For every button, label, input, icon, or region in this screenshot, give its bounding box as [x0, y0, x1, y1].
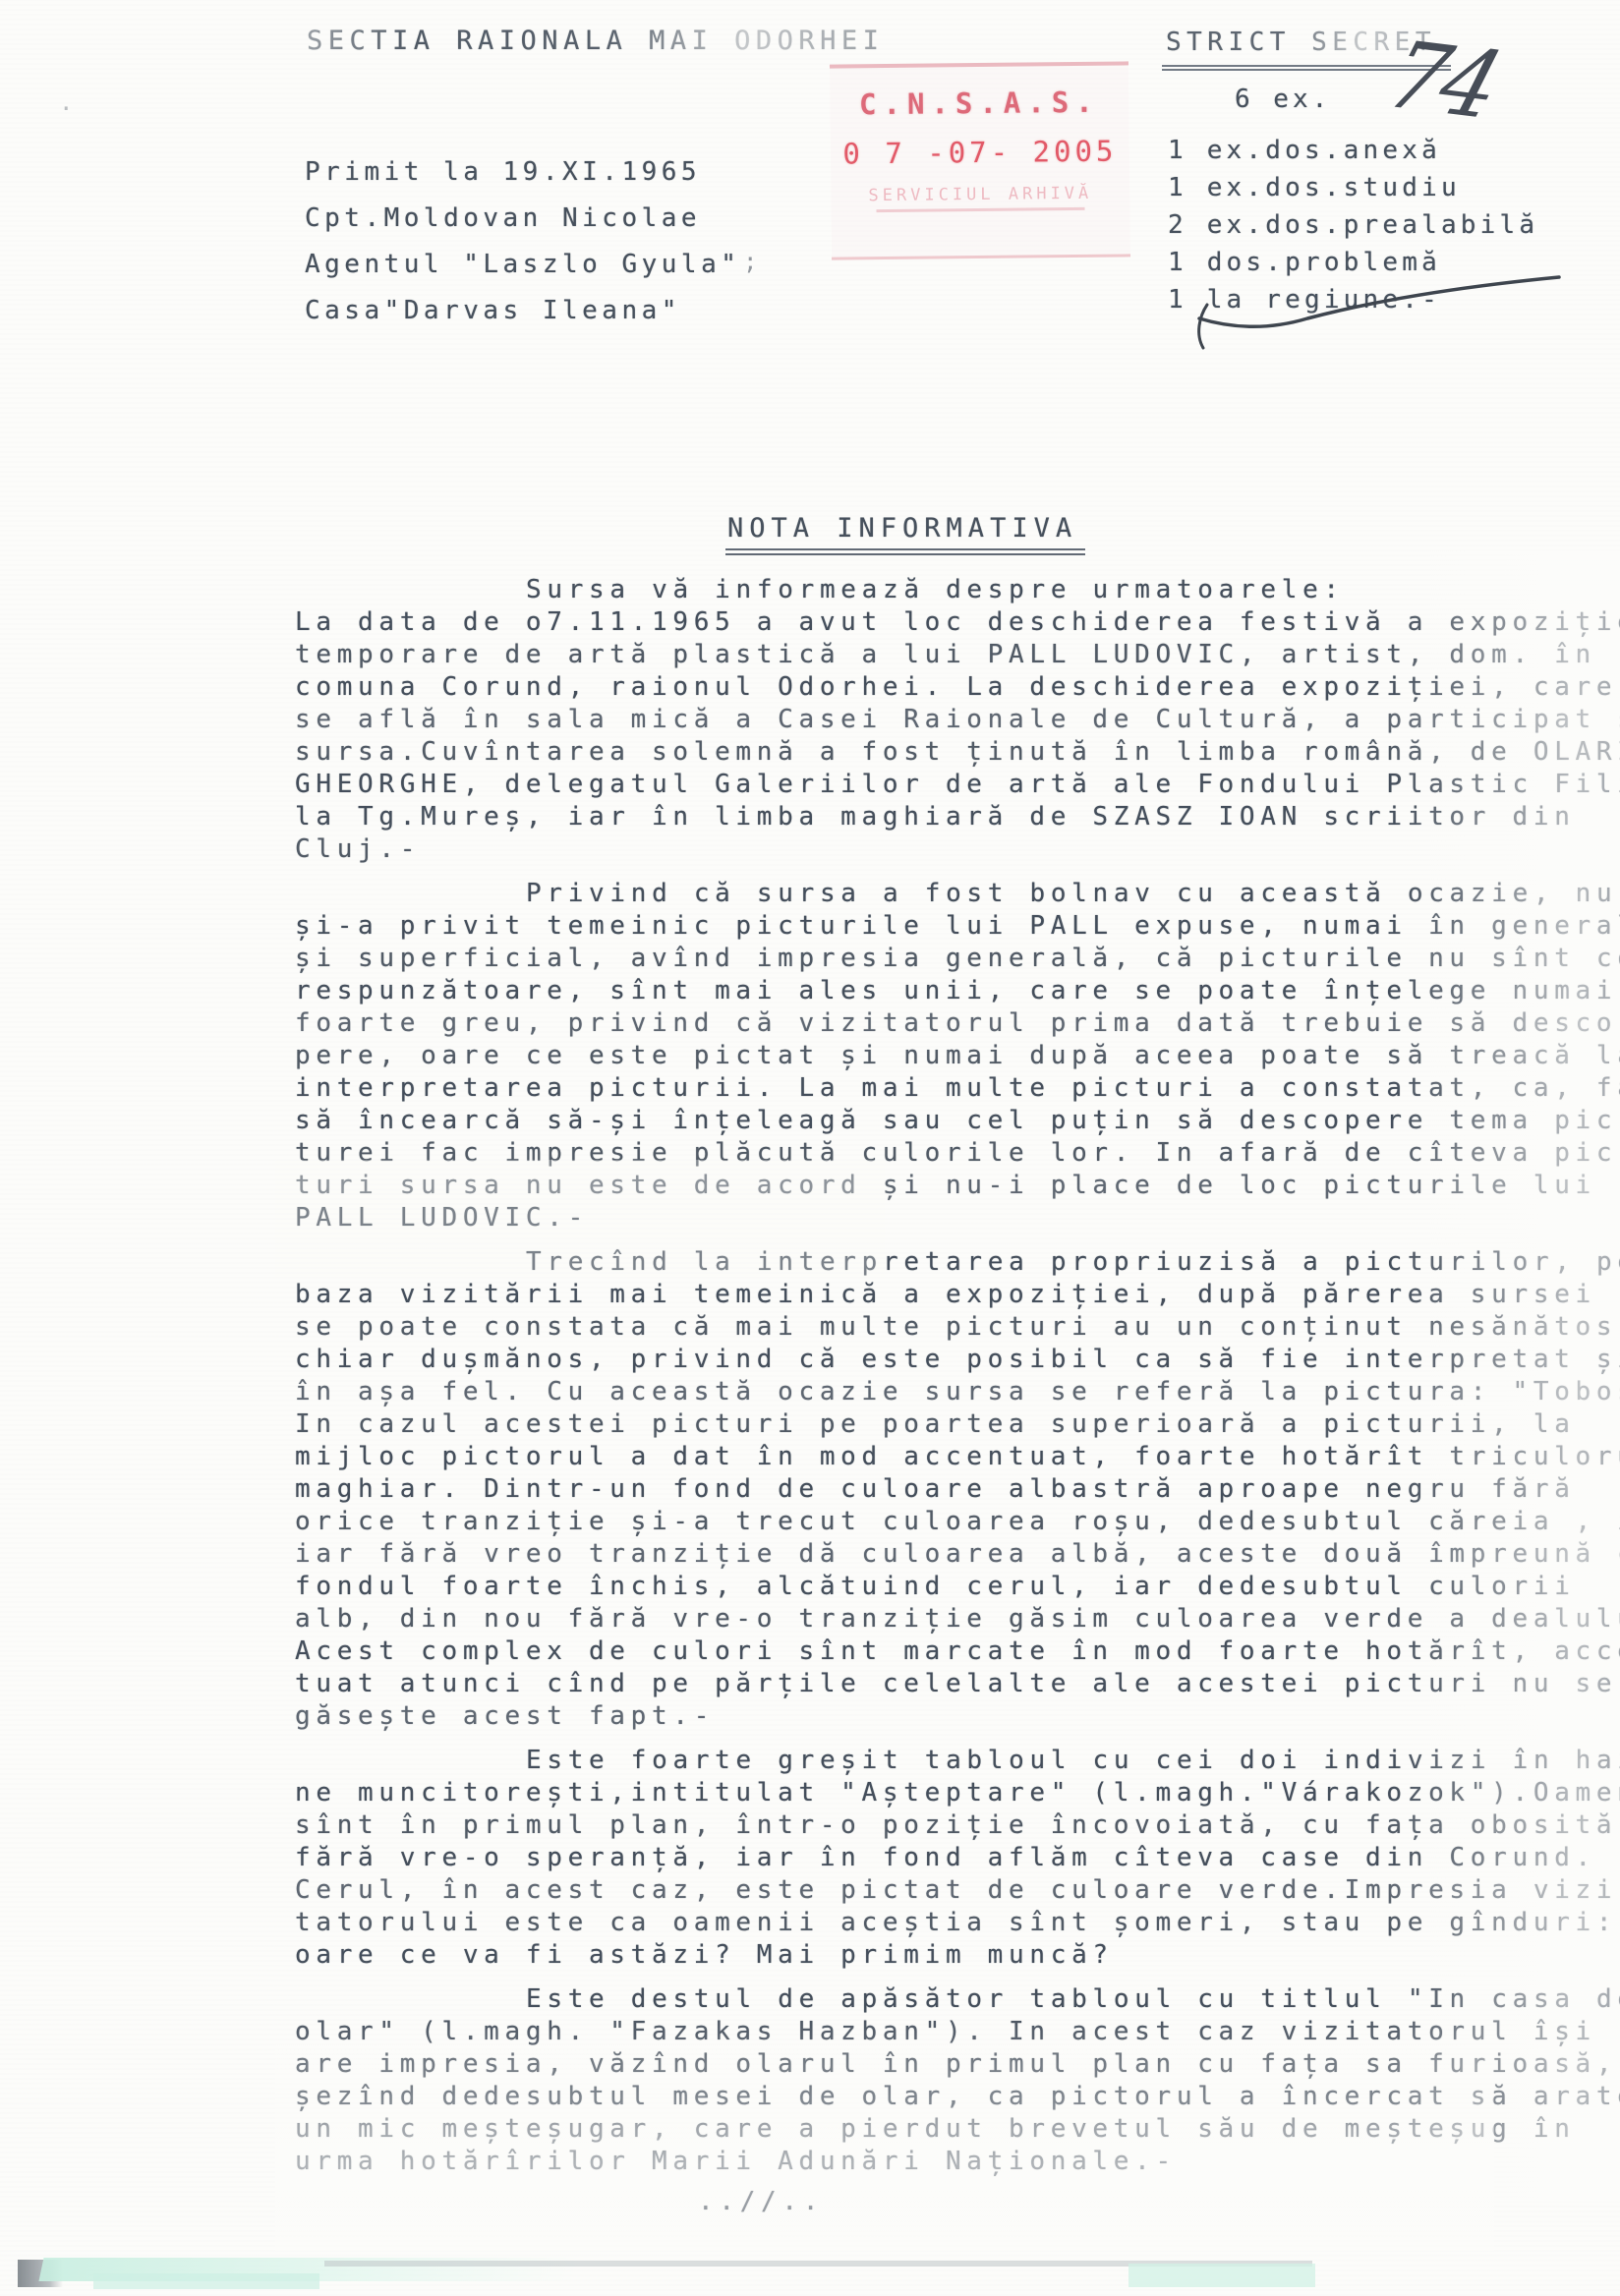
copies-count: 6 ex. [1235, 85, 1331, 114]
text-line: ne muncitorești,intitulat "Așteptare" (l… [295, 1777, 1620, 1809]
text-line: mijloc pictorul a dat în mod accentuat, … [295, 1441, 1620, 1473]
text-line: turei fac impresie plăcută culorile lor.… [295, 1137, 1620, 1170]
document-title: NOTA INFORMATIVA [725, 513, 1085, 555]
paragraph: Este destul de apăsător tabloul cu titlu… [295, 1983, 1620, 2178]
scan-artifact-teal-patch [1128, 2264, 1315, 2287]
text-line: Este destul de apăsător tabloul cu titlu… [295, 1983, 1620, 2016]
scan-artifact-teal-bar [93, 2273, 319, 2289]
text-line: interpretarea picturii. La mai multe pic… [295, 1072, 1620, 1105]
text-line: la Tg.Mureș, iar în limba maghiară de SZ… [295, 801, 1620, 833]
paragraph: Privind că sursa a fost bolnav cu aceast… [295, 878, 1620, 1234]
text-line: oare ce va fi astăzi? Mai primim muncă? [295, 1939, 1620, 1972]
text-line: olar" (l.magh. "Fazakas Hazban"). In ace… [295, 2016, 1620, 2048]
text-line: Este foarte greșit tabloul cu cei doi in… [295, 1745, 1620, 1777]
text-line: tatorului este ca oamenii aceștia sînt ș… [295, 1907, 1620, 1939]
text-line: să încearcă să-și înțeleagă sau cel puți… [295, 1105, 1620, 1137]
text-line: orice tranziție și-a trecut culoarea roș… [295, 1506, 1620, 1538]
paragraph: Sursa vă informează despre urmatoarele:L… [295, 574, 1620, 866]
receipt-line: Cpt.Moldovan Nicolae [305, 196, 740, 242]
text-line: baza vizitării mai temeinică a expoziție… [295, 1279, 1620, 1311]
text-line: se află în sala mică a Casei Raionale de… [295, 704, 1620, 736]
text-line: temporare de artă plastică a lui PALL LU… [295, 639, 1620, 671]
text-line: foarte greu, privind că vizitatorul prim… [295, 1007, 1620, 1040]
pen-flourish-mark [1178, 258, 1571, 356]
text-line: tuat atunci cînd pe părțile celelalte al… [295, 1668, 1620, 1700]
ink-speck: . [59, 88, 73, 116]
text-line: maghiar. Dintr-un fond de culoare albast… [295, 1473, 1620, 1506]
text-line: pere, oare ce este pictat și numai după … [295, 1040, 1620, 1072]
stamp-org-name: C.N.S.A.S. [830, 85, 1128, 121]
text-line: și superficial, avînd impresia generală,… [295, 943, 1620, 975]
text-line: șezînd dedesubtul mesei de olar, ca pict… [295, 2081, 1620, 2113]
document-body: Sursa vă informează despre urmatoarele:L… [295, 574, 1620, 2218]
text-line: In cazul acestei picturi pe poartea supe… [295, 1408, 1620, 1441]
distribution-item: 1 ex.dos.anexă [1168, 132, 1538, 169]
text-line: iar fără vreo tranziție dă culoarea albă… [295, 1538, 1620, 1571]
text-line: sînt în primul plan, într-o poziție înco… [295, 1809, 1620, 1842]
receipt-line: Agentul "Laszlo Gyula" [305, 242, 740, 288]
text-line: Privind că sursa a fost bolnav cu aceast… [295, 878, 1620, 910]
text-line: La data de o7.11.1965 a avut loc deschid… [295, 606, 1620, 639]
receipt-block: Primit la 19.XI.1965Cpt.Moldovan Nicolae… [305, 149, 740, 334]
text-line: GHEORGHE, delegatul Galeriilor de artă a… [295, 769, 1620, 801]
text-line: chiar dușmănos, privind că este posibil … [295, 1344, 1620, 1376]
text-line: fără vre-o speranță, iar în fond aflăm c… [295, 1842, 1620, 1874]
text-line: respunzătoare, sînt mai ales unii, care … [295, 975, 1620, 1007]
paragraph: Este foarte greșit tabloul cu cei doi in… [295, 1745, 1620, 1972]
text-line: Trecînd la interpretarea propriuzisă a p… [295, 1246, 1620, 1279]
classification-label: STRICT SECRET [1166, 28, 1436, 57]
text-line: urma hotărîrilor Marii Adunări Naționale… [295, 2146, 1620, 2178]
department-line: SECTIA RAIONALA MAI ODORHEI [307, 26, 884, 56]
text-line: PALL LUDOVIC.- [295, 1202, 1620, 1234]
text-line: fondul foarte închis, alcătuind cerul, i… [295, 1571, 1620, 1603]
stamp-underline [876, 207, 1085, 212]
stamp-service-line: SERVICIUL ARHIVĂ [831, 183, 1129, 205]
text-line: turi sursa nu este de acord și nu-i plac… [295, 1170, 1620, 1202]
receipt-line: Casa"Darvas Ileana" [305, 288, 740, 334]
text-line: Acest complex de culori sînt marcate în … [295, 1636, 1620, 1668]
scanned-document-page: SECTIA RAIONALA MAI ODORHEI Primit la 19… [0, 0, 1620, 2296]
paragraph: Trecînd la interpretarea propriuzisă a p… [295, 1246, 1620, 1733]
text-line: Cerul, în acest caz, este pictat de culo… [295, 1874, 1620, 1907]
ink-speck: ; [743, 248, 757, 275]
distribution-item: 1 ex.dos.studiu [1168, 169, 1538, 206]
text-line: sursa.Cuvîntarea solemnă a fost ținută î… [295, 736, 1620, 769]
text-line: în așa fel. Cu această ocazie sursa se r… [295, 1376, 1620, 1408]
text-line: găsește acest fapt.- [295, 1700, 1620, 1733]
text-line: Sursa vă informează despre urmatoarele: [295, 574, 1620, 606]
text-line: alb, din nou fără vre-o tranziție găsim … [295, 1603, 1620, 1636]
closing-mark: ..//.. [295, 2186, 1620, 2218]
text-line: un mic meșteșugar, care a pierdut brevet… [295, 2113, 1620, 2146]
text-line: comuna Corund, raionul Odorhei. La desch… [295, 671, 1620, 704]
text-line: are impresia, văzînd olarul în primul pl… [295, 2048, 1620, 2081]
receipt-line: Primit la 19.XI.1965 [305, 149, 740, 196]
text-line: se poate constata că mai multe picturi a… [295, 1311, 1620, 1344]
stamp-date: 0 7 -07- 2005 [831, 134, 1129, 170]
text-line: și-a privit temeinic picturile lui PALL … [295, 910, 1620, 943]
document-title-text: NOTA INFORMATIVA [725, 513, 1085, 555]
text-line: Cluj.- [295, 833, 1620, 866]
distribution-item: 2 ex.dos.prealabilă [1168, 206, 1538, 244]
archive-stamp: C.N.S.A.S. 0 7 -07- 2005 SERVICIUL ARHIV… [830, 61, 1130, 259]
